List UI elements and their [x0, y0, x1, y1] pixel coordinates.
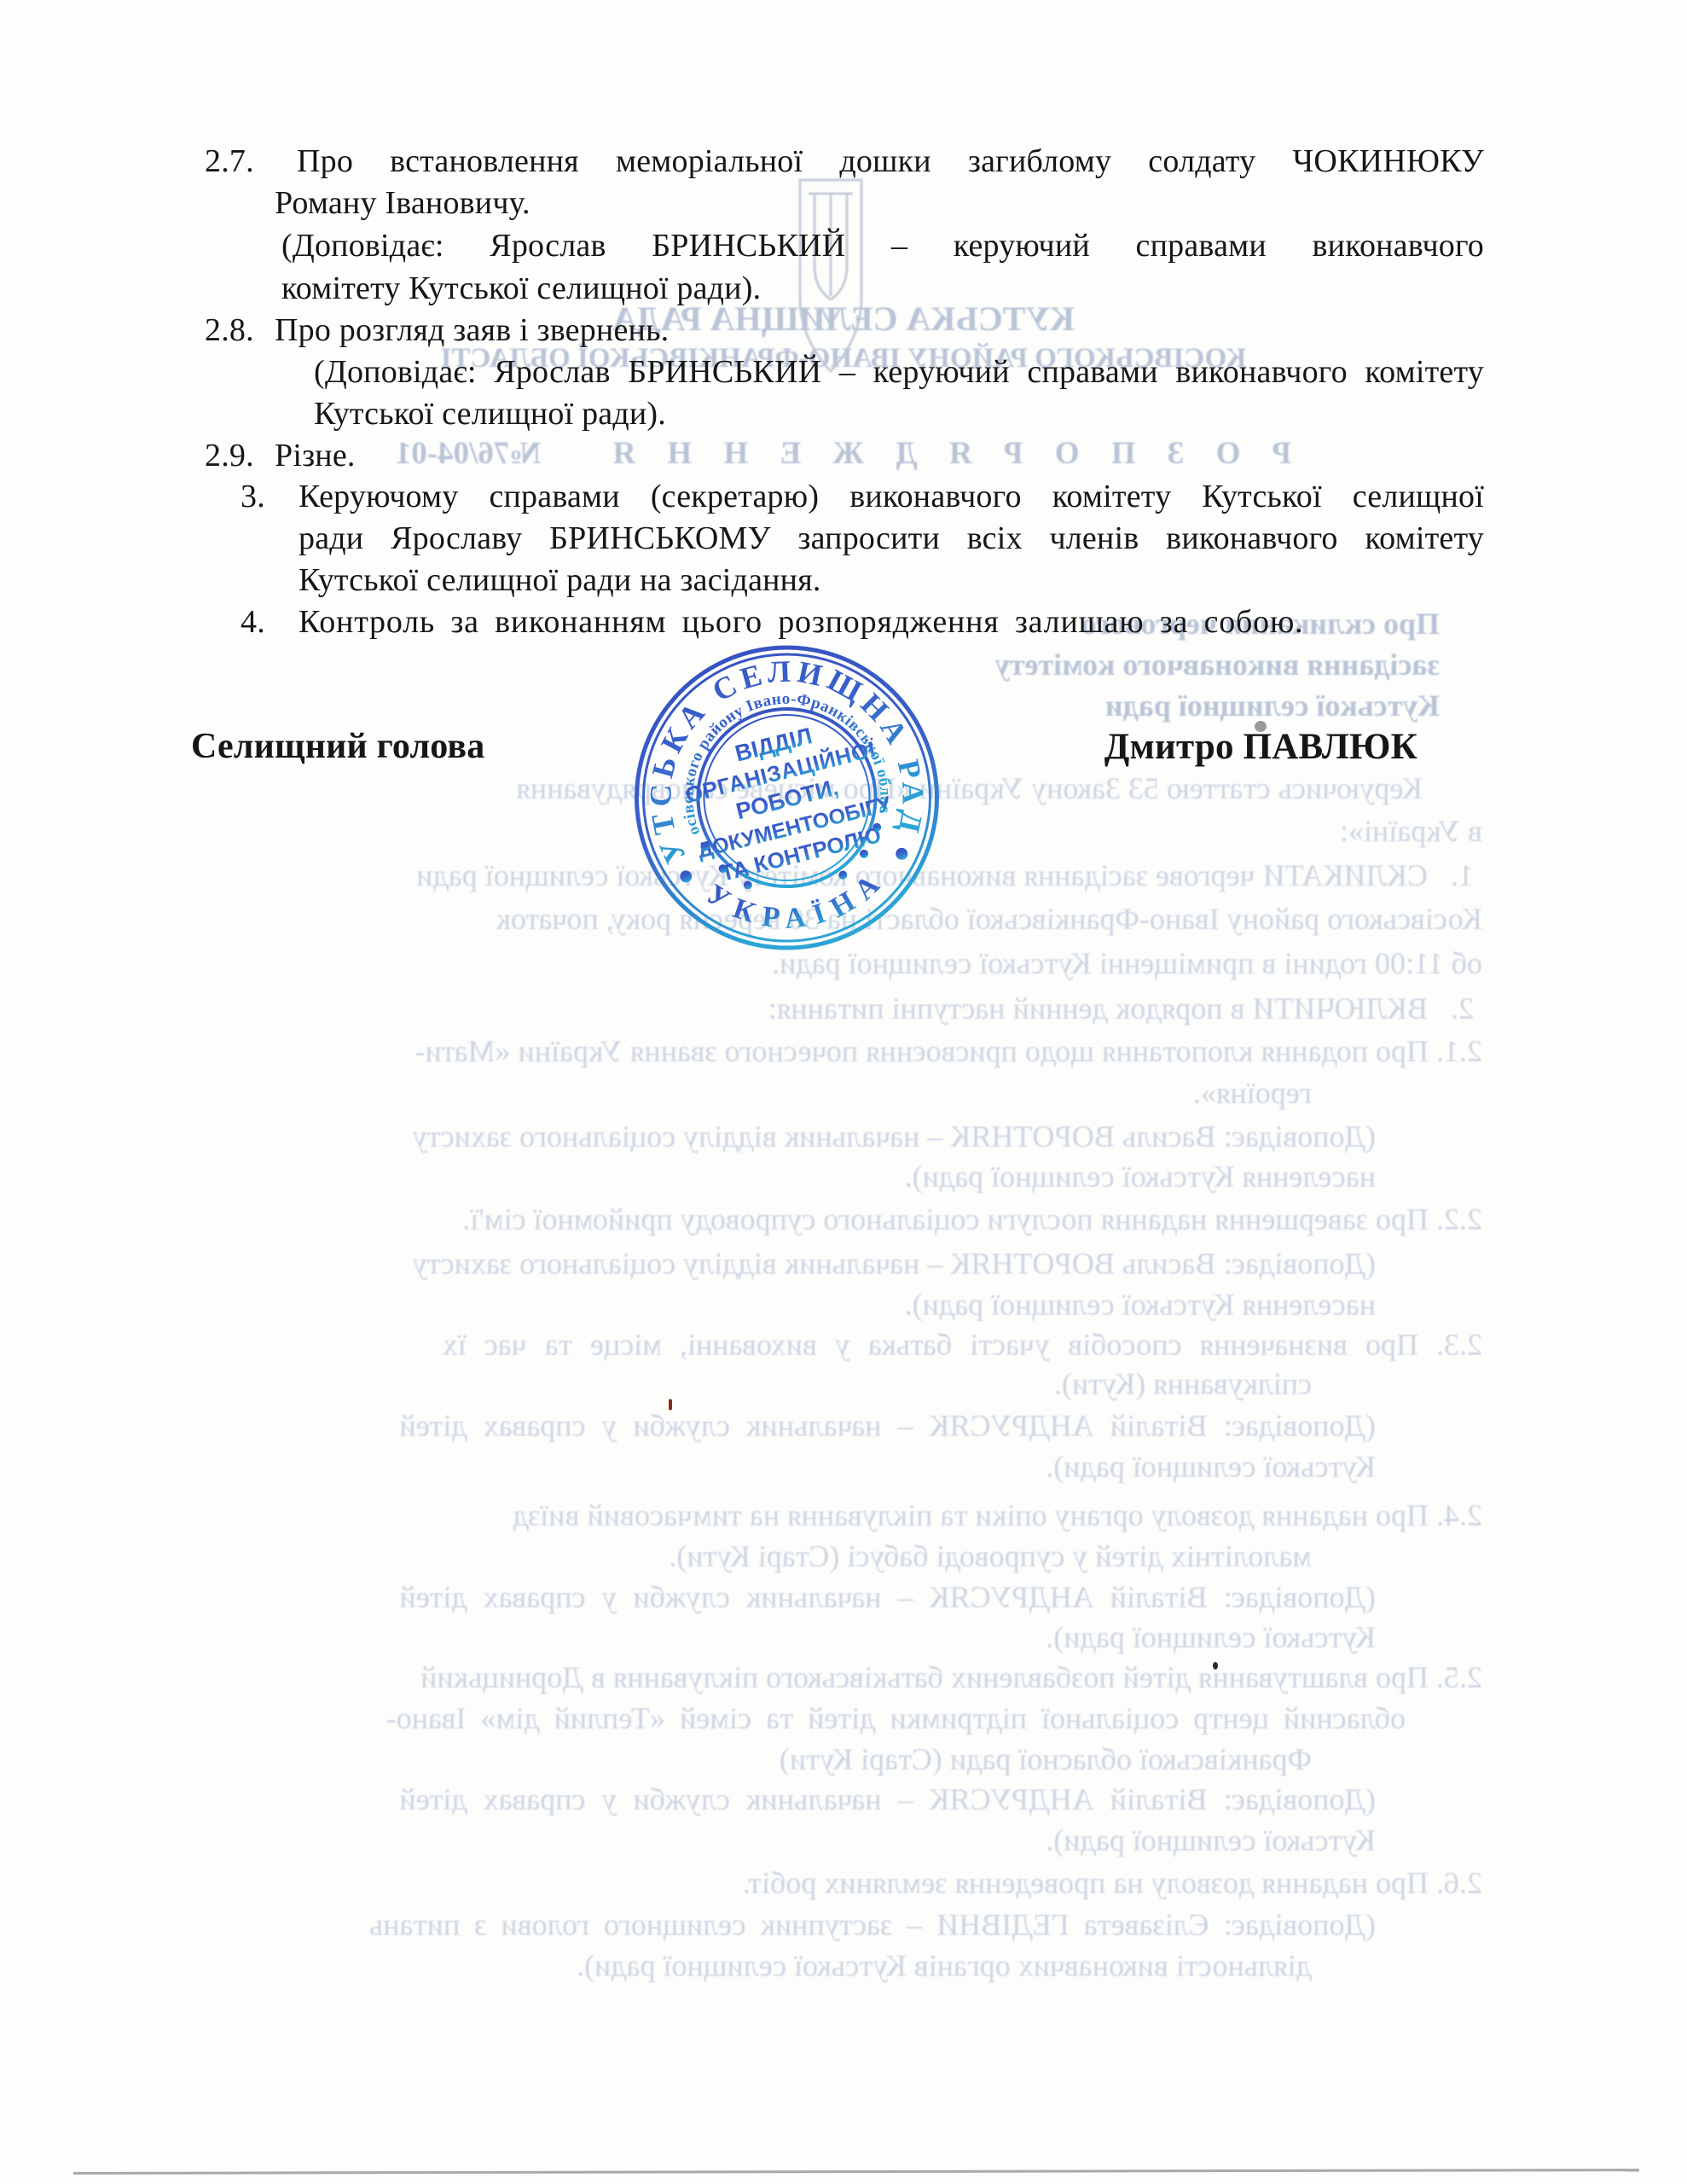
ghost-line: (Доповідає: Віталій АНДРУСЯК – начальник…	[399, 1783, 1376, 1817]
list-number: 3.	[241, 479, 265, 515]
ghost-line: Кутської селищної ради).	[1046, 1621, 1376, 1655]
ghost-line: 2.2. Про завершення надання послуги соці…	[462, 1203, 1482, 1237]
document-line: ради Ярославу БРИНСЬКОМУ запросити всіх …	[299, 520, 1484, 557]
ghost-line: Кутської селищної ради).	[1046, 1824, 1376, 1858]
ghost-line: обласний центр соціальної підтримки діте…	[386, 1702, 1406, 1736]
scanned-document-page: КУТСЬКА СЕЛИЩНА РАДА КОСІВСЬКОГО РАЙОНУ …	[0, 0, 1687, 2184]
list-number: 2.9.	[205, 438, 254, 474]
list-number: 2.7.	[205, 143, 254, 180]
document-line: (Доповідає: Ярослав БРИНСЬКИЙ – керуючий…	[314, 354, 1484, 391]
ghost-line: героїня».	[1193, 1077, 1312, 1111]
document-line: Кутської селищної ради).	[314, 396, 666, 433]
document-line: (Доповідає: Ярослав БРИНСЬКИЙ – керуючий…	[281, 228, 1484, 264]
document-line: Кутської селищної ради на засідання.	[299, 562, 821, 599]
scan-artifact	[1213, 1662, 1218, 1670]
ghost-line: Франківської обласної ради (Старі Кути)	[780, 1743, 1312, 1777]
ghost-line: (Доповідає: Віталій АНДРУСЯК – начальник…	[399, 1409, 1376, 1443]
ghost-line: в Україні»:	[1340, 815, 1482, 849]
ghost-line: 2. ВКЛЮЧИТИ в порядок денний наступні пи…	[768, 992, 1474, 1026]
ghost-line: (Доповідає: Василь ВОРОТНЯК – начальник …	[412, 1120, 1376, 1154]
document-line: Про встановлення меморіальної дошки заги…	[297, 143, 1484, 180]
signature-title: Селищний голова	[191, 727, 484, 767]
ghost-line: (Доповідає: Віталій АНДРУСЯК – начальник…	[399, 1581, 1376, 1615]
ghost-line: діяльності виконавчих органів Кутської с…	[577, 1949, 1312, 1984]
ghost-line: населення Кутської селищної ради).	[905, 1160, 1376, 1194]
document-line: Роману Івановичу.	[275, 185, 530, 222]
ghost-line: 2.6. Про надання дозволу на проведення з…	[743, 1867, 1482, 1901]
document-line: Керуючому справами (секретарю) виконавчо…	[299, 479, 1484, 515]
list-number: 4.	[241, 604, 265, 641]
document-line: комітету Кутської селищної ради).	[281, 270, 761, 307]
document-line: Різне.	[275, 438, 356, 474]
ghost-line: (Доповідає: Єлізавета ГЕДІВНИ – заступни…	[369, 1908, 1376, 1943]
scan-edge-line	[73, 2169, 1639, 2175]
list-number: 2.8.	[205, 312, 254, 349]
official-stamp: КУТСЬКА СЕЛИЩНА РАДА Косівського району …	[612, 626, 961, 979]
ghost-line: Кутської селищної ради).	[1046, 1450, 1376, 1484]
ghost-line: 2.5. Про влаштування дітей позбавлених б…	[420, 1661, 1482, 1695]
ghost-line: 2.1. Про подання клопотання щодо присвоє…	[415, 1035, 1482, 1069]
document-line: Про розгляд заяв і звернень.	[275, 312, 669, 349]
ghost-line: (Доповідає: Василь ВОРОТНЯК – начальник …	[412, 1247, 1376, 1281]
ghost-doc-number: №76/04-01	[396, 436, 542, 471]
ghost-line: населення Кутської селищної ради).	[905, 1288, 1376, 1322]
document-line: Контроль за виконанням цього розпоряджен…	[299, 604, 1303, 641]
ghost-line: малолітніх дітей у супроводі бабусі (Ста…	[669, 1540, 1312, 1574]
ghost-line: 2.3. Про визначення способів участі бать…	[443, 1328, 1482, 1362]
coat-of-arms-icon	[791, 175, 870, 380]
signature-name: Дмитро ПАВЛЮК	[981, 727, 1417, 768]
scan-artifact	[669, 1399, 672, 1410]
ghost-line: спілкування (Кути).	[1054, 1368, 1312, 1402]
ghost-line: Кутської селищної ради	[1105, 689, 1440, 723]
ghost-line: засідання виконавчого комітету	[994, 648, 1440, 682]
ghost-line: 2.4. Про надання дозволу органу опіки та…	[513, 1499, 1482, 1533]
ghost-doc-type: Р О З П О Р Я Д Ж Е Н Н Я	[601, 436, 1292, 471]
scan-artifact	[1255, 721, 1267, 732]
